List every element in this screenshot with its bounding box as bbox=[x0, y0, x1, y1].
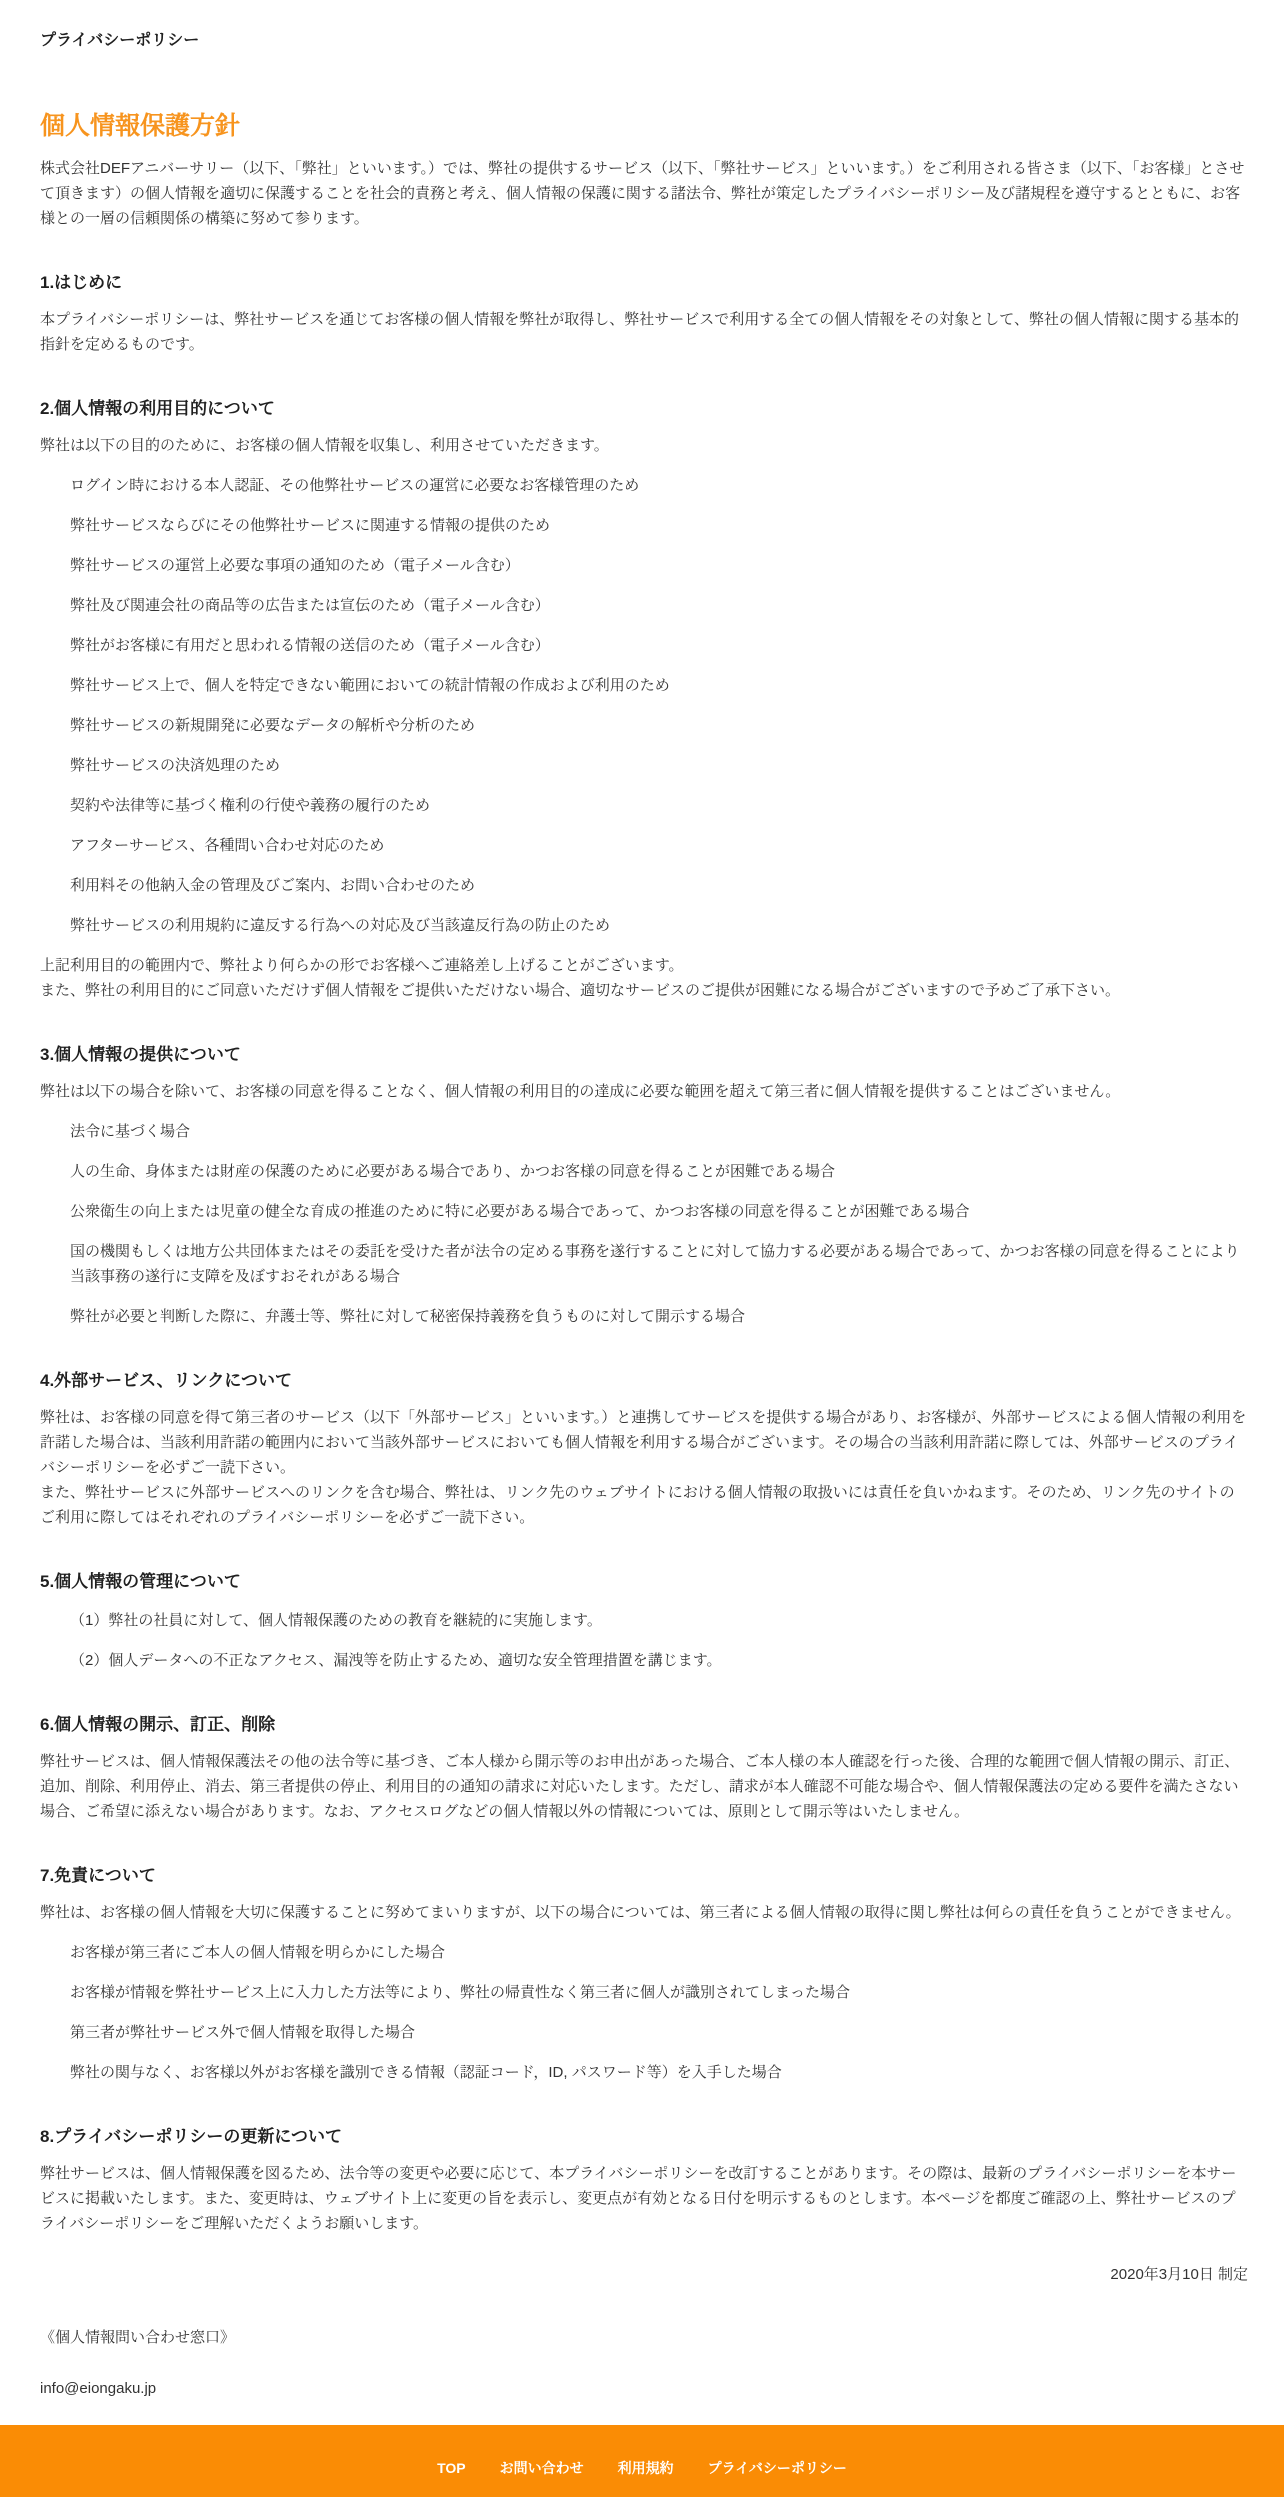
section-heading: 2.個人情報の利用目的について bbox=[40, 397, 1248, 420]
footer-nav: TOPお問い合わせ利用規約プライバシーポリシー bbox=[437, 2444, 847, 2478]
footer-link-terms[interactable]: 利用規約 bbox=[618, 2458, 674, 2478]
section-paragraph: 弊社サービスは、個人情報保護を図るため、法令等の変更や必要に応じて、本プライバシ… bbox=[40, 2161, 1248, 2236]
contact-email: info@eiongaku.jp bbox=[40, 2376, 1248, 2401]
policy-list-item: 弊社の関与なく、お客様以外がお客様を識別できる情報（認証コード，ID, パスワー… bbox=[70, 2060, 1248, 2085]
policy-intro-paragraph: 株式会社DEFアニバーサリー（以下、「弊社」といいます。）では、弊社の提供するサ… bbox=[40, 156, 1248, 231]
policy-list-item: お客様が第三者にご本人の個人情報を明らかにした場合 bbox=[70, 1940, 1248, 1965]
section-paragraph: 弊社は、お客様の同意を得て第三者のサービス（以下「外部サービス」といいます。）と… bbox=[40, 1405, 1248, 1480]
policy-list-item: 利用料その他納入金の管理及びご案内、お問い合わせのため bbox=[70, 873, 1248, 898]
policy-list: 法令に基づく場合人の生命、身体または財産の保護のために必要がある場合であり、かつ… bbox=[40, 1119, 1248, 1329]
policy-list-item: 弊社サービスの運営上必要な事項の通知のため（電子メール含む） bbox=[70, 553, 1248, 578]
section-heading: 3.個人情報の提供について bbox=[40, 1043, 1248, 1066]
policy-list: ログイン時における本人認証、その他弊社サービスの運営に必要なお客様管理のため弊社… bbox=[40, 473, 1248, 938]
policy-list: お客様が第三者にご本人の個人情報を明らかにした場合お客様が情報を弊社サービス上に… bbox=[40, 1940, 1248, 2085]
section-heading: 7.免責について bbox=[40, 1864, 1248, 1887]
policy-list-item: 弊社サービスの新規開発に必要なデータの解析や分析のため bbox=[70, 713, 1248, 738]
footer-link-top[interactable]: TOP bbox=[437, 2458, 466, 2478]
policy-list-item: 弊社サービスの利用規約に違反する行為への対応及び当該違反行為の防止のため bbox=[70, 913, 1248, 938]
policy-list-item: 公衆衛生の向上または児童の健全な育成の推進のために特に必要がある場合であって、か… bbox=[70, 1199, 1248, 1224]
enactment-date: 2020年3月10日 制定 bbox=[40, 2262, 1248, 2287]
section-paragraph: 弊社は以下の場合を除いて、お客様の同意を得ることなく、個人情報の利用目的の達成に… bbox=[40, 1079, 1248, 1104]
section-paragraph: 弊社は、お客様の個人情報を大切に保護することに努めてまいりますが、以下の場合につ… bbox=[40, 1900, 1248, 1925]
policy-section: 5.個人情報の管理について（1）弊社の社員に対して、個人情報保護のための教育を継… bbox=[40, 1570, 1248, 1673]
section-paragraph: 本プライバシーポリシーは、弊社サービスを通じてお客様の個人情報を弊社が取得し、弊… bbox=[40, 307, 1248, 357]
section-heading: 6.個人情報の開示、訂正、削除 bbox=[40, 1713, 1248, 1736]
policy-list-item: ログイン時における本人認証、その他弊社サービスの運営に必要なお客様管理のため bbox=[70, 473, 1248, 498]
policy-list-item: （1）弊社の社員に対して、個人情報保護のための教育を継続的に実施します。 bbox=[70, 1608, 1248, 1633]
policy-main-heading: 個人情報保護方針 bbox=[40, 110, 1248, 143]
policy-list-item: 弊社サービス上で、個人を特定できない範囲においての統計情報の作成および利用のため bbox=[70, 673, 1248, 698]
policy-section: 4.外部サービス、リンクについて弊社は、お客様の同意を得て第三者のサービス（以下… bbox=[40, 1369, 1248, 1530]
policy-section: 1.はじめに本プライバシーポリシーは、弊社サービスを通じてお客様の個人情報を弊社… bbox=[40, 271, 1248, 357]
policy-section: 3.個人情報の提供について弊社は以下の場合を除いて、お客様の同意を得ることなく、… bbox=[40, 1043, 1248, 1329]
footer-link-contact[interactable]: お問い合わせ bbox=[500, 2458, 584, 2478]
footer: TOPお問い合わせ利用規約プライバシーポリシー bbox=[0, 2425, 1284, 2497]
policy-list-item: 弊社及び関連会社の商品等の広告または宣伝のため（電子メール含む） bbox=[70, 593, 1248, 618]
privacy-policy-page: プライバシーポリシー 個人情報保護方針 株式会社DEFアニバーサリー（以下、「弊… bbox=[0, 0, 1284, 2497]
policy-section: 2.個人情報の利用目的について弊社は以下の目的のために、お客様の個人情報を収集し… bbox=[40, 397, 1248, 1003]
section-paragraph: また、弊社サービスに外部サービスへのリンクを含む場合、弊社は、リンク先のウェブサ… bbox=[40, 1480, 1248, 1530]
policy-list-item: 弊社が必要と判断した際に、弁護士等、弊社に対して秘密保持義務を負うものに対して開… bbox=[70, 1304, 1248, 1329]
section-after-line: また、弊社の利用目的にご同意いただけず個人情報をご提供いただけない場合、適切なサ… bbox=[40, 978, 1248, 1003]
policy-list: （1）弊社の社員に対して、個人情報保護のための教育を継続的に実施します。（2）個… bbox=[40, 1608, 1248, 1673]
policy-section: 7.免責について弊社は、お客様の個人情報を大切に保護することに努めてまいりますが… bbox=[40, 1864, 1248, 2085]
section-after-line: 上記利用目的の範囲内で、弊社より何らかの形でお客様へご連絡差し上げることがござい… bbox=[40, 953, 1248, 978]
policy-list-item: 契約や法律等に基づく権利の行使や義務の履行のため bbox=[70, 793, 1248, 818]
policy-list-item: 法令に基づく場合 bbox=[70, 1119, 1248, 1144]
section-heading: 5.個人情報の管理について bbox=[40, 1570, 1248, 1593]
sections-container: 1.はじめに本プライバシーポリシーは、弊社サービスを通じてお客様の個人情報を弊社… bbox=[40, 271, 1248, 2236]
policy-list-item: 弊社サービスの決済処理のため bbox=[70, 753, 1248, 778]
policy-list-item: 国の機関もしくは地方公共団体またはその委託を受けた者が法令の定める事務を遂行する… bbox=[70, 1239, 1248, 1289]
policy-list-item: 弊社がお客様に有用だと思われる情報の送信のため（電子メール含む） bbox=[70, 633, 1248, 658]
section-heading: 4.外部サービス、リンクについて bbox=[40, 1369, 1248, 1392]
policy-list-item: 人の生命、身体または財産の保護のために必要がある場合であり、かつお客様の同意を得… bbox=[70, 1159, 1248, 1184]
policy-list-item: アフターサービス、各種問い合わせ対応のため bbox=[70, 833, 1248, 858]
footer-link-privacy[interactable]: プライバシーポリシー bbox=[708, 2458, 847, 2478]
policy-content: プライバシーポリシー 個人情報保護方針 株式会社DEFアニバーサリー（以下、「弊… bbox=[0, 0, 1284, 2425]
section-heading: 1.はじめに bbox=[40, 271, 1248, 294]
section-paragraph: 弊社は以下の目的のために、お客様の個人情報を収集し、利用させていただきます。 bbox=[40, 433, 1248, 458]
policy-list-item: お客様が情報を弊社サービス上に入力した方法等により、弊社の帰責性なく第三者に個人… bbox=[70, 1980, 1248, 2005]
policy-section: 6.個人情報の開示、訂正、削除弊社サービスは、個人情報保護法その他の法令等に基づ… bbox=[40, 1713, 1248, 1824]
section-heading: 8.プライバシーポリシーの更新について bbox=[40, 2125, 1248, 2148]
contact-window-title: 《個人情報問い合わせ窓口》 bbox=[40, 2325, 1248, 2350]
section-paragraph: 弊社サービスは、個人情報保護法その他の法令等に基づき、ご本人様から開示等のお申出… bbox=[40, 1749, 1248, 1824]
policy-list-item: 第三者が弊社サービス外で個人情報を取得した場合 bbox=[70, 2020, 1248, 2045]
section-after-paragraph: 上記利用目的の範囲内で、弊社より何らかの形でお客様へご連絡差し上げることがござい… bbox=[40, 953, 1248, 1003]
page-title: プライバシーポリシー bbox=[40, 30, 1248, 52]
policy-list-item: 弊社サービスならびにその他弊社サービスに関連する情報の提供のため bbox=[70, 513, 1248, 538]
policy-section: 8.プライバシーポリシーの更新について弊社サービスは、個人情報保護を図るため、法… bbox=[40, 2125, 1248, 2236]
policy-list-item: （2）個人データへの不正なアクセス、漏洩等を防止するため、適切な安全管理措置を講… bbox=[70, 1648, 1248, 1673]
